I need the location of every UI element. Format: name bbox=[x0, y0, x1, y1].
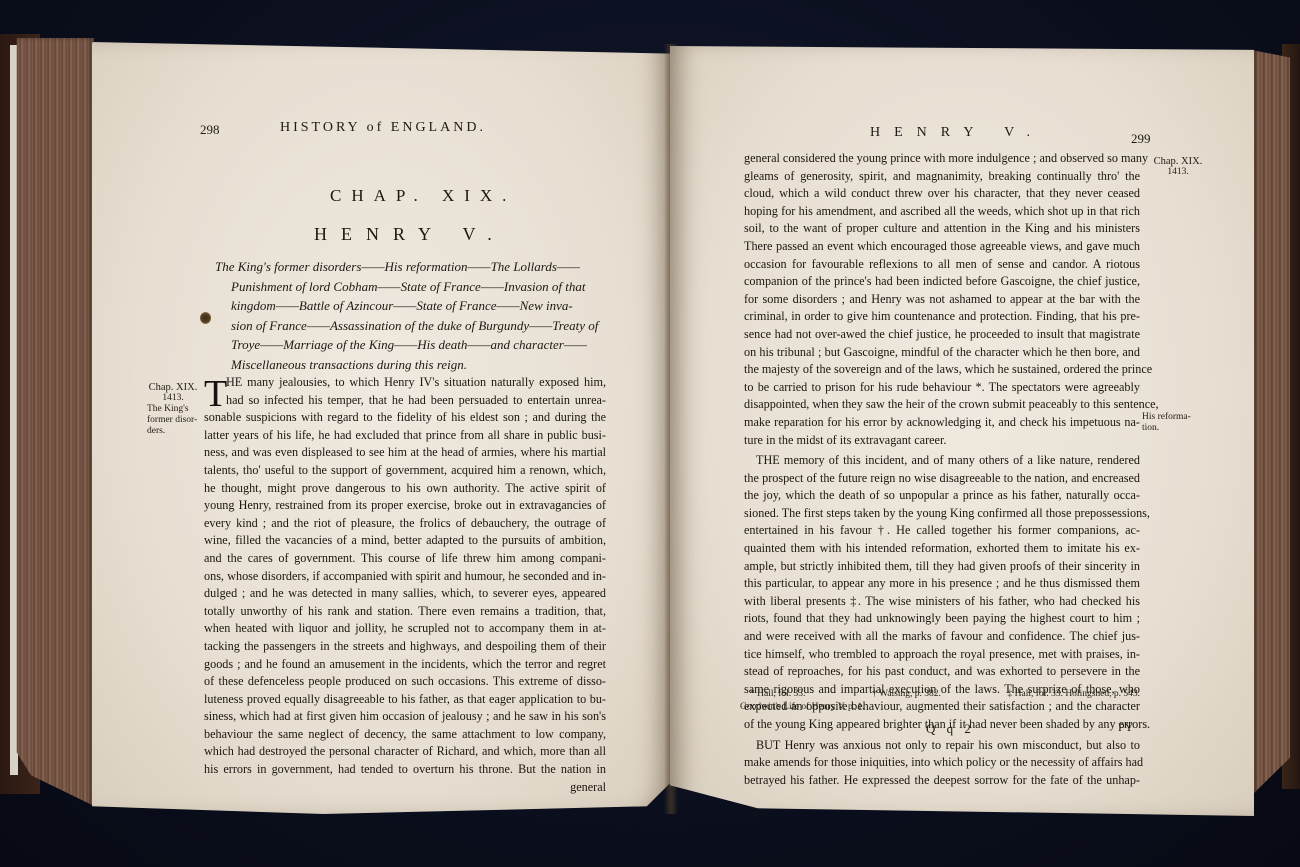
margin-note-line: His reforma- bbox=[1142, 412, 1202, 423]
text-line: and were received with all the marks of … bbox=[744, 628, 1140, 646]
text-line: he thought, might prove dangerous to his… bbox=[204, 480, 606, 498]
margin-note-chapter: Chap. XIX. bbox=[147, 382, 199, 393]
text-line: when heated with liquor and jollity, he … bbox=[204, 620, 606, 638]
margin-note-reformation: His reforma- tion. bbox=[1142, 412, 1202, 434]
text-line: every kind ; and the riot of pleasure, t… bbox=[204, 515, 606, 533]
right-page: HENRY V. 299 Chap. XIX. 1413. His reform… bbox=[670, 46, 1254, 816]
text-line: on his tribunal ; but Gascoigne, mindful… bbox=[744, 344, 1140, 362]
text-line: ample, but strictly inhibited them, till… bbox=[744, 558, 1140, 576]
left-page: 298 HISTORY of ENGLAND. CHAP. XIX. HENRY… bbox=[92, 42, 670, 814]
text-line: the prospect of the future reign no wise… bbox=[744, 470, 1140, 488]
page-stack-right bbox=[1252, 50, 1290, 795]
footnote: † Walsing, p. 382. bbox=[872, 688, 941, 701]
text-line: tacking the passengers in the streets an… bbox=[204, 638, 606, 656]
text-line: of these defenceless people produced on … bbox=[204, 673, 606, 691]
signature-mark: Q q 2 bbox=[926, 721, 975, 737]
text-line: make amends for those iniquities, into w… bbox=[744, 754, 1140, 772]
margin-note-chapter: Chap. XIX. bbox=[1148, 156, 1208, 167]
text-line: totally unworthy of his rank and station… bbox=[204, 603, 606, 621]
page-number: 298 bbox=[200, 122, 220, 138]
text-line: riots, found that they had unknowingly b… bbox=[744, 610, 1140, 628]
text-line: There passed an event which encouraged t… bbox=[744, 238, 1140, 256]
text-line: ture in the midst of its extravagant car… bbox=[744, 432, 1140, 450]
text-line: cloud, which a wild conduct threw over h… bbox=[744, 185, 1140, 203]
chapter-heading: CHAP. XIX. bbox=[330, 186, 516, 206]
text-line: ness, and was even displeased to see him… bbox=[204, 444, 606, 462]
text-line: with liberal presents ‡. The wise minist… bbox=[744, 593, 1140, 611]
margin-note-topic: The King's former disor- ders. bbox=[147, 404, 199, 437]
margin-note: Chap. XIX. 1413. The King's former disor… bbox=[147, 382, 199, 437]
footnote-continuation: Goodwin's Life of Henry V. p. 1. bbox=[740, 701, 1140, 714]
summary-line: Punishment of lord Cobham——State of Fran… bbox=[215, 277, 610, 297]
running-head: HENRY V. bbox=[870, 125, 1044, 141]
text-line: siness, which had at first given him occ… bbox=[204, 708, 606, 726]
text-line: soil, to the want of proper culture and … bbox=[744, 220, 1140, 238]
text-line: which had destroyed the personal charact… bbox=[204, 743, 606, 761]
text-line: companion of the prince's had been indic… bbox=[744, 273, 1140, 291]
text-line: behaviour the same neglect of decency, t… bbox=[204, 726, 606, 744]
text-line: quainted them with his intended reformat… bbox=[744, 540, 1140, 558]
footnotes: * Hall, fol. 33. † Walsing, p. 382. ‡ Ha… bbox=[740, 688, 1140, 714]
margin-note-year: 1413. bbox=[1148, 167, 1208, 178]
summary-line: The King's former disorders——His reforma… bbox=[215, 257, 610, 277]
text-line: sence had not over-awed the chief justic… bbox=[744, 326, 1140, 344]
margin-note-line: The King's bbox=[147, 404, 199, 415]
text-line: entertained in his favour †. He called t… bbox=[744, 522, 1140, 540]
chapter-summary: The King's former disorders——His reforma… bbox=[215, 257, 610, 374]
margin-note-year: 1413. bbox=[147, 393, 199, 404]
margin-note: Chap. XIX. 1413. bbox=[1148, 156, 1208, 178]
text-line: and the cares of government. This course… bbox=[204, 550, 606, 568]
summary-line: sion of France——Assassination of the duk… bbox=[215, 316, 610, 336]
text-line: the joy, which the death of so unpopular… bbox=[744, 487, 1140, 505]
running-head: HISTORY of ENGLAND. bbox=[280, 120, 486, 136]
king-heading: HENRY V. bbox=[314, 224, 506, 245]
text-line: talents, tho' useful to the support of g… bbox=[204, 462, 606, 480]
text-line: luteness proved equally disagreeable to … bbox=[204, 691, 606, 709]
catchword: general bbox=[204, 779, 606, 797]
text-line: tice himself, who trembled to approach t… bbox=[744, 646, 1140, 664]
summary-line: Miscellaneous transactions during this r… bbox=[215, 355, 610, 375]
text-line: stead of reproaches, for his past conduc… bbox=[744, 663, 1140, 681]
text-line: gleams of generosity, spirit, and magnan… bbox=[744, 168, 1140, 186]
text-line: occasion for favourable reflexions to al… bbox=[744, 256, 1140, 274]
text-line: HE many jealousies, to which Henry IV's … bbox=[204, 374, 606, 392]
text-line: goods ; and he found an amusement in the… bbox=[204, 656, 606, 674]
text-line: general considered the young prince with… bbox=[744, 150, 1140, 168]
body-text: HE many jealousies, to which Henry IV's … bbox=[204, 374, 606, 796]
text-line: this particular, to appear any more in h… bbox=[744, 575, 1140, 593]
summary-line: Troye——Marriage of the King——His death——… bbox=[215, 335, 610, 355]
text-line: his errors in government, had tended to … bbox=[204, 761, 606, 779]
footnote: ‡ Hall, fol. 33. Holingshed, p. 543. bbox=[1008, 688, 1140, 701]
text-line: criminal, in order to give him countenan… bbox=[744, 308, 1140, 326]
page-stack-left bbox=[10, 38, 94, 806]
margin-note-line: ders. bbox=[147, 426, 199, 437]
catchword: PY bbox=[1118, 720, 1133, 735]
footnote: * Hall, fol. 33. bbox=[750, 688, 805, 701]
text-line: BUT Henry was anxious not only to repair… bbox=[744, 737, 1140, 755]
text-line: betrayed his father. He expressed the de… bbox=[744, 772, 1140, 790]
text-line: dulged ; and he was detected in many sal… bbox=[204, 585, 606, 603]
margin-note-line: former disor- bbox=[147, 415, 199, 426]
text-line: THE memory of this incident, and of many… bbox=[744, 452, 1140, 470]
text-line: make reparation for his error by acknowl… bbox=[744, 414, 1140, 432]
margin-note-line: tion. bbox=[1142, 423, 1202, 434]
text-line: young Henry, restrained from its proper … bbox=[204, 497, 606, 515]
text-line: disappointed, when they saw the heir of … bbox=[744, 396, 1140, 414]
text-line: sonable suspicions with regard to the fi… bbox=[204, 409, 606, 427]
page-number: 299 bbox=[1131, 131, 1151, 147]
text-line: latter years of his life, he had exclude… bbox=[204, 427, 606, 445]
text-line: for some disorders ; and Henry was not a… bbox=[744, 291, 1140, 309]
text-line: sioned. The first steps taken by the you… bbox=[744, 505, 1140, 523]
text-line: had so infected his temper, that he had … bbox=[204, 392, 606, 410]
text-line: hoping for his amendment, and ascribed a… bbox=[744, 203, 1140, 221]
summary-line: kingdom——Battle of Azincour——State of Fr… bbox=[215, 296, 610, 316]
text-line: wine, filled the vacancies of a mind, be… bbox=[204, 532, 606, 550]
text-line: the majesty of the sovereign and of the … bbox=[744, 361, 1140, 379]
ink-stain bbox=[200, 312, 211, 324]
text-line: ons, whose disorders, if accompanied wit… bbox=[204, 568, 606, 586]
text-line: to be carried to prison for his rude beh… bbox=[744, 379, 1140, 397]
